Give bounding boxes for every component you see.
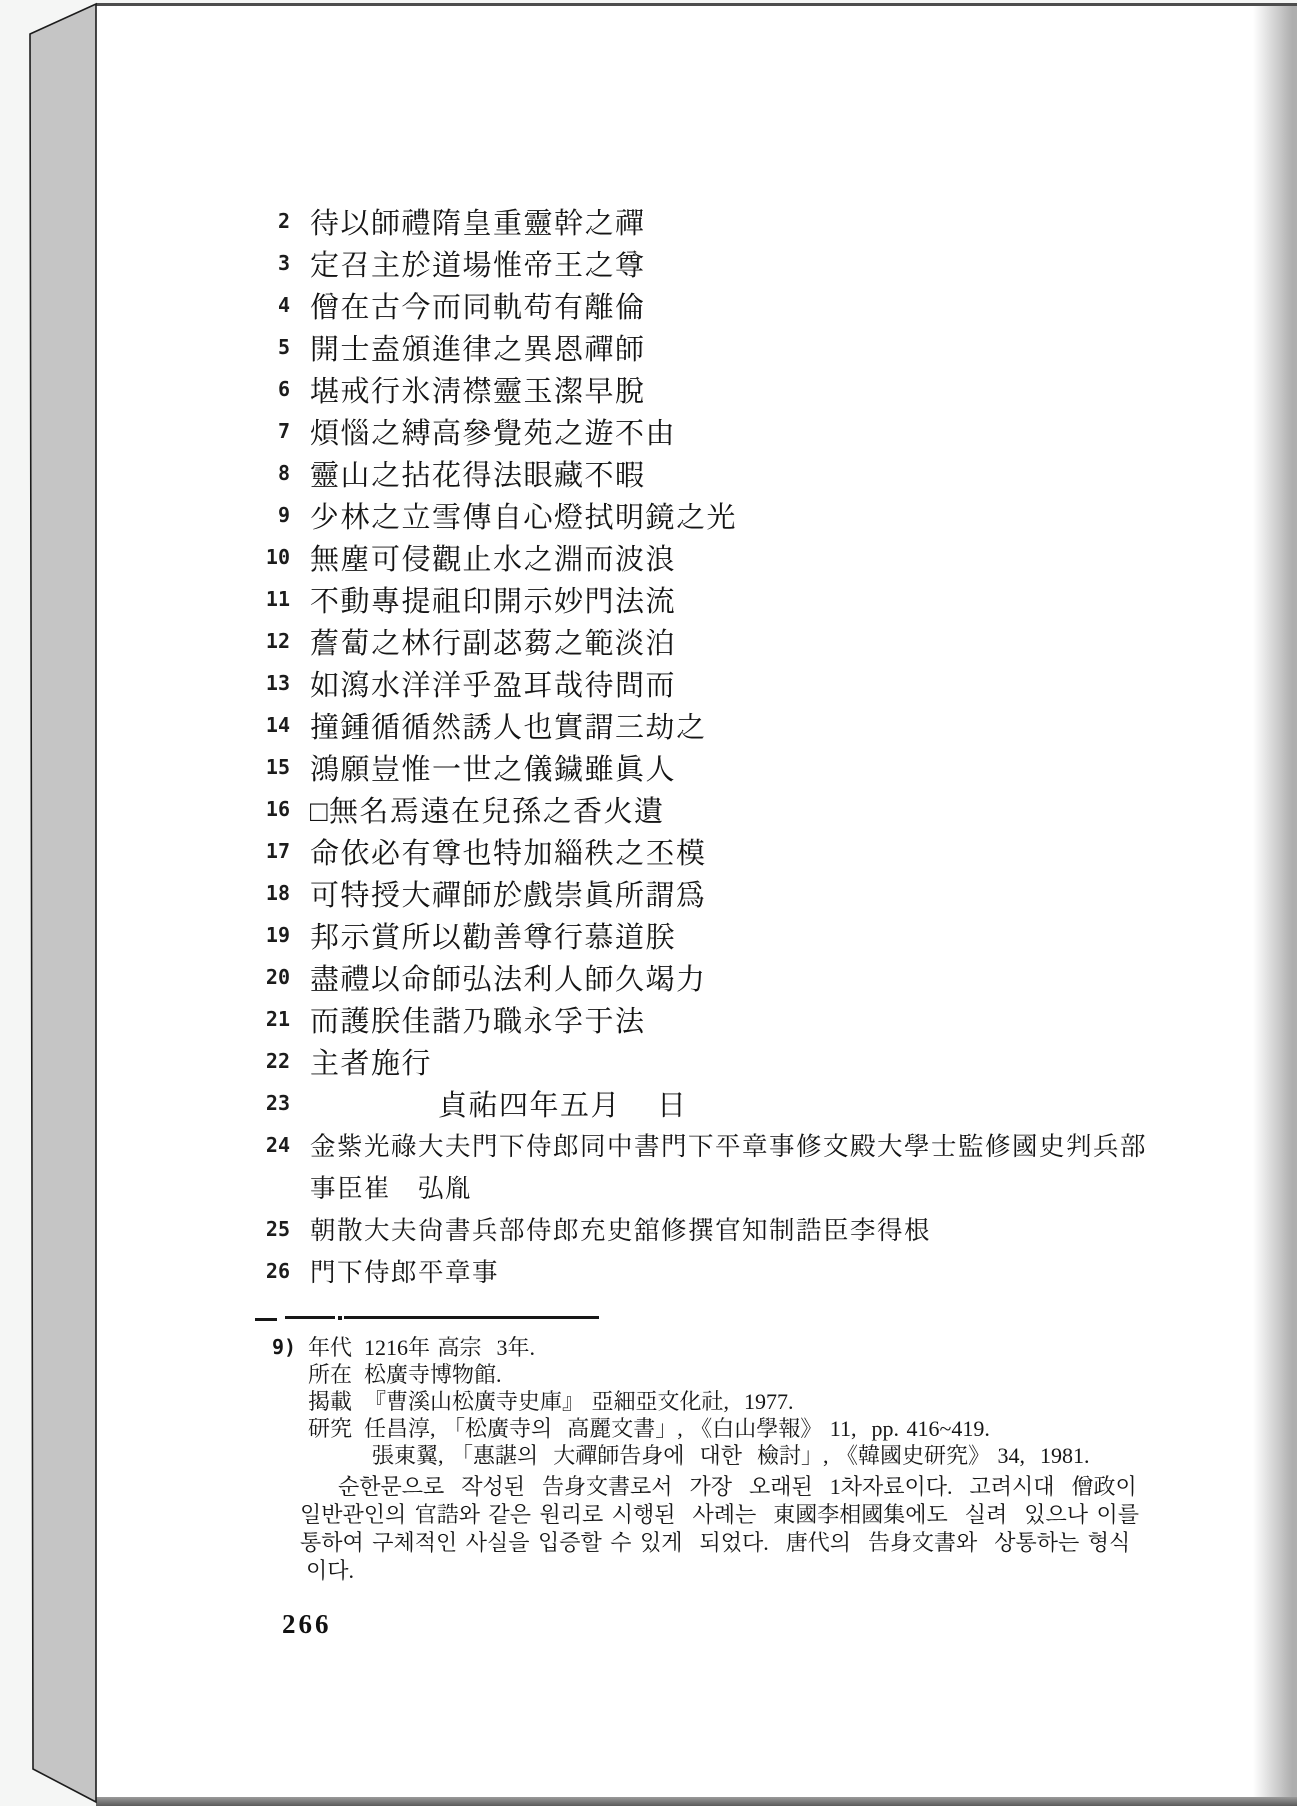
line-number: 23: [96, 1091, 290, 1115]
line-text: 堪戒行氷淸襟靈玉潔早脫: [310, 369, 646, 410]
document-line: 19邦示賞所以勸善尊行慕道朕: [96, 914, 1297, 956]
document-line: 20盡禮以命師弘法利人師久竭力: [96, 956, 1297, 998]
document-line: 15鴻願豈惟一世之儀鐬雖眞人: [96, 746, 1297, 788]
document-line: 2待以師禮隋皇重靈幹之禪: [96, 200, 1297, 242]
rule-dot: [338, 1316, 342, 1320]
line-text: 少林之立雪傳自心燈拭明鏡之光: [310, 495, 737, 536]
line-number: 15: [96, 755, 290, 779]
line-number: 8: [96, 461, 290, 485]
document-line: 10無塵可侵觀止水之淵而波浪: [96, 536, 1297, 578]
rule-segment: [285, 1316, 335, 1319]
paragraph-line: 이다.: [300, 1555, 1180, 1583]
line-text: 薝蔔之林行副苾蒭之範淡泊: [310, 621, 676, 662]
line-number: 4: [96, 293, 290, 317]
document-line: 11不動專提祖印開示妙門法流: [96, 578, 1297, 620]
scanned-book-page: 2待以師禮隋皇重靈幹之禪 3定召主於道場惟帝王之尊 4僧在古今而同軌苟有離倫 5…: [0, 0, 1297, 1806]
line-text: 靈山之拈花得法眼藏不暇: [310, 453, 646, 494]
document-line: 25朝散大夫尙書兵部侍郞充史舘修撰官知制誥臣李得根: [96, 1208, 1297, 1250]
book-spine-edge: [0, 0, 120, 1806]
line-number: 26: [96, 1259, 290, 1283]
line-number: 3: [96, 251, 290, 275]
line-number: 6: [96, 377, 290, 401]
document-line: 17命依必有尊也特加緇秩之丕模: [96, 830, 1297, 872]
line-number: 22: [96, 1049, 290, 1073]
footnote-separator-rule: [255, 1316, 705, 1319]
rule-segment: [255, 1318, 277, 1321]
document-line: 14撞鍾循循然誘人也實謂三劫之: [96, 704, 1297, 746]
document-line: 4僧在古今而同軌苟有離倫: [96, 284, 1297, 326]
line-text: 僧在古今而同軌苟有離倫: [310, 285, 646, 326]
footnote-marker: 9): [272, 1335, 308, 1359]
book-page: 2待以師禮隋皇重靈幹之禪 3定召主於道場惟帝王之尊 4僧在古今而同軌苟有離倫 5…: [96, 3, 1297, 1806]
document-line: 8靈山之拈花得法眼藏不暇: [96, 452, 1297, 494]
line-text: 金紫光祿大夫門下侍郞同中書門下平章事修文殿大學士監修國史判兵部: [310, 1127, 1147, 1163]
document-line: 12薝蔔之林行副苾蒭之範淡泊: [96, 620, 1297, 662]
paragraph-line: 통하여 구체적인 사실을 입증할 수 있게 되었다. 唐代의 告身文書와 상통하…: [300, 1527, 1180, 1555]
line-text: 邦示賞所以勸善尊行慕道朕: [310, 915, 676, 956]
line-text: 無塵可侵觀止水之淵而波浪: [310, 537, 676, 578]
line-text: 事臣崔 弘胤: [310, 1169, 472, 1205]
document-line: 6堪戒行氷淸襟靈玉潔早脫: [96, 368, 1297, 410]
line-text: 盡禮以命師弘法利人師久竭力: [310, 957, 707, 998]
line-number: 7: [96, 419, 290, 443]
line-text: 煩惱之縛高參覺苑之遊不由: [310, 411, 676, 452]
line-number: 20: [96, 965, 290, 989]
document-line: 22主者施行: [96, 1040, 1297, 1082]
line-number: 24: [96, 1133, 290, 1157]
document-line: 9少林之立雪傳自心燈拭明鏡之光: [96, 494, 1297, 536]
line-text: 撞鍾循循然誘人也實謂三劫之: [310, 705, 707, 746]
footnote-line: 研究 任昌淳, 「松廣寺의 高麗文書」, 《白山學報》 11, pp. 416~…: [272, 1414, 1172, 1441]
page-right-edge-shadow: [1253, 6, 1297, 1797]
line-number: 21: [96, 1007, 290, 1031]
line-text: 待以師禮隋皇重靈幹之禪: [310, 201, 646, 242]
footnote-line: 張東翼, 「惠諶의 大禪師告身에 대한 檢討」, 《韓國史研究》 34, 198…: [272, 1441, 1172, 1468]
line-number: 5: [96, 335, 290, 359]
document-line: 13如瀉水洋洋乎盈耳哉待問而: [96, 662, 1297, 704]
line-number: 10: [96, 545, 290, 569]
document-line-continuation: 事臣崔 弘胤: [96, 1166, 1297, 1208]
document-line-date: 23貞祐四年五月日: [96, 1082, 1297, 1124]
document-line: 3定召主於道場惟帝王之尊: [96, 242, 1297, 284]
date-day-blank: 日: [657, 1083, 688, 1124]
line-text: 朝散大夫尙書兵部侍郞充史舘修撰官知制誥臣李得根: [310, 1211, 931, 1247]
line-text: □無名焉遠在兒孫之香火遺: [310, 789, 665, 830]
footnote-field-label: 研究: [308, 1412, 352, 1443]
document-line: 7煩惱之縛高參覺苑之遊不由: [96, 410, 1297, 452]
footnote-line: 揭載 『曹溪山松廣寺史庫』 亞細亞文化社, 1977.: [272, 1387, 1172, 1414]
line-number: 2: [96, 209, 290, 233]
paragraph-line: 일반관인의 官誥와 같은 원리로 시행된 사례는 東國李相國集에도 실려 있으나…: [300, 1499, 1180, 1527]
line-number: 17: [96, 839, 290, 863]
page-number: 266: [282, 1609, 332, 1640]
line-text: 命依必有尊也特加緇秩之丕模: [310, 831, 707, 872]
line-text: 而護朕佳諧乃職永孚于法: [310, 999, 646, 1040]
document-line: 24金紫光祿大夫門下侍郞同中書門下平章事修文殿大學士監修國史判兵部: [96, 1124, 1297, 1166]
line-number: 12: [96, 629, 290, 653]
line-number: 9: [96, 503, 290, 527]
document-line: 16□無名焉遠在兒孫之香火遺: [96, 788, 1297, 830]
line-text: 門下侍郞平章事: [310, 1253, 499, 1289]
document-line: 21而護朕佳諧乃職永孚于法: [96, 998, 1297, 1040]
footnote-line: 所在 松廣寺博物館.: [272, 1360, 1172, 1387]
document-line: 18可特授大禪師於戲崇眞所謂爲: [96, 872, 1297, 914]
rule-segment: [344, 1316, 599, 1319]
line-text: 開士盍頒進律之異恩禪師: [310, 327, 646, 368]
line-text: 主者施行: [310, 1041, 432, 1082]
line-number: 16: [96, 797, 290, 821]
document-line: 26門下侍郞平章事: [96, 1250, 1297, 1292]
line-number: 25: [96, 1217, 290, 1241]
footnote-paragraph: 순한문으로 작성된 告身文書로서 가장 오래된 1차자료이다. 고려시대 僧政이…: [272, 1471, 1180, 1583]
footnote-line: 9) 年代 1216年 高宗 3年.: [272, 1333, 1172, 1360]
footnote-block: 9) 年代 1216年 高宗 3年. 所在 松廣寺博物館. 揭載 『曹溪山松廣寺…: [272, 1333, 1172, 1583]
document-line: 5開士盍頒進律之異恩禪師: [96, 326, 1297, 368]
line-text: 可特授大禪師於戲崇眞所謂爲: [310, 873, 707, 914]
line-number: 13: [96, 671, 290, 695]
document-transcription: 2待以師禮隋皇重靈幹之禪 3定召主於道場惟帝王之尊 4僧在古今而同軌苟有離倫 5…: [96, 200, 1297, 1292]
line-text: 如瀉水洋洋乎盈耳哉待問而: [310, 663, 676, 704]
line-text: 鴻願豈惟一世之儀鐬雖眞人: [310, 747, 676, 788]
line-number: 14: [96, 713, 290, 737]
line-number: 19: [96, 923, 290, 947]
page-bottom-edge: [96, 1797, 1297, 1806]
footnote-field-text: 張東翼, 「惠諶의 大禪師告身에 대한 檢討」, 《韓國史研究》 34, 198…: [372, 1439, 1090, 1470]
line-number: 18: [96, 881, 290, 905]
line-text: 定召主於道場惟帝王之尊: [310, 243, 646, 284]
line-text: 不動專提祖印開示妙門法流: [310, 579, 676, 620]
paragraph-line: 순한문으로 작성된 告身文書로서 가장 오래된 1차자료이다. 고려시대 僧政이: [300, 1471, 1180, 1499]
line-number: 11: [96, 587, 290, 611]
spine-polygon: [30, 4, 96, 1802]
line-text: 貞祐四年五月: [438, 1083, 621, 1124]
